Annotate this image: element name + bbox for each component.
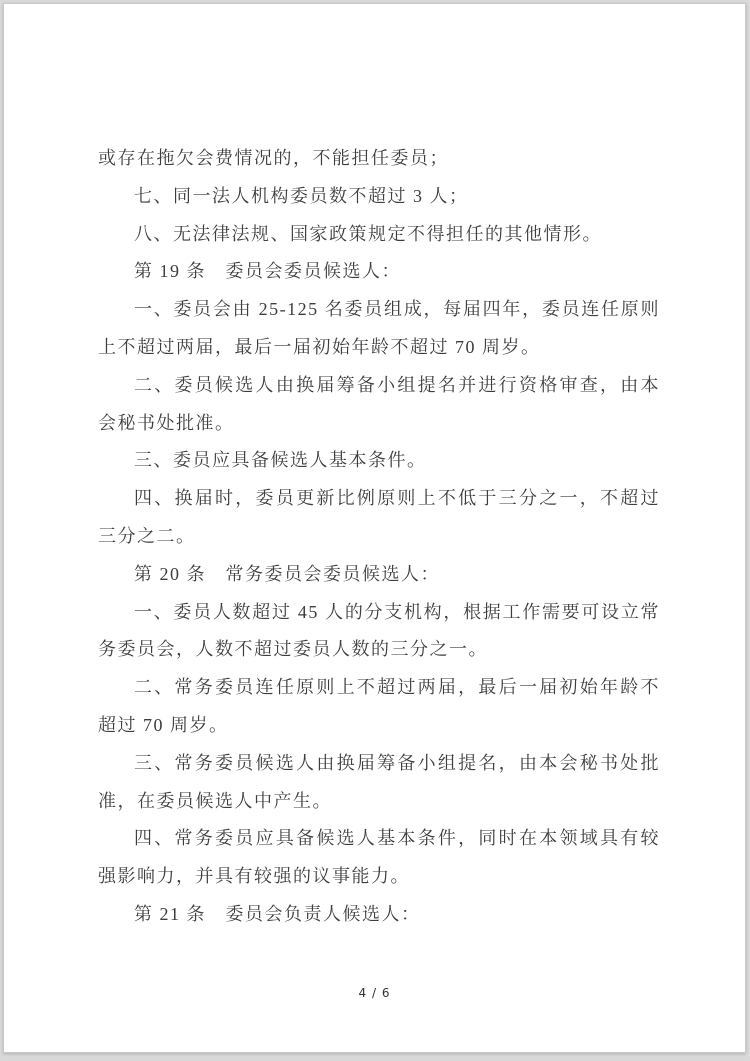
paragraph: 二、常务委员连任原则上不超过两届，最后一届初始年龄不超过 70 周岁。 xyxy=(98,669,660,745)
paragraph: 一、委员人数超过 45 人的分支机构，根据工作需要可设立常务委员会，人数不超过委… xyxy=(98,594,660,670)
paragraph: 一、委员会由 25-125 名委员组成，每届四年，委员连任原则上不超过两届，最后… xyxy=(98,291,660,367)
paragraph: 三、常务委员候选人由换届筹备小组提名，由本会秘书处批准，在委员候选人中产生。 xyxy=(98,745,660,821)
paragraph: 第 20 条 常务委员会委员候选人： xyxy=(98,556,660,594)
document-canvas: 或存在拖欠会费情况的，不能担任委员；七、同一法人机构委员数不超过 3 人；八、无… xyxy=(0,0,750,1061)
paragraph: 第 19 条 委员会委员候选人： xyxy=(98,253,660,291)
document-page: 或存在拖欠会费情况的，不能担任委员；七、同一法人机构委员数不超过 3 人；八、无… xyxy=(3,3,746,1053)
paragraph: 八、无法律法规、国家政策规定不得担任的其他情形。 xyxy=(98,216,660,254)
paragraph: 四、常务委员应具备候选人基本条件，同时在本领域具有较强影响力，并具有较强的议事能… xyxy=(98,820,660,896)
paragraph: 七、同一法人机构委员数不超过 3 人； xyxy=(98,178,660,216)
paragraph: 三、委员应具备候选人基本条件。 xyxy=(98,442,660,480)
paragraph: 二、委员候选人由换届筹备小组提名并进行资格审查，由本会秘书处批准。 xyxy=(98,367,660,443)
document-body: 或存在拖欠会费情况的，不能担任委员；七、同一法人机构委员数不超过 3 人；八、无… xyxy=(98,140,660,934)
paragraph: 四、换届时，委员更新比例原则上不低于三分之一，不超过三分之二。 xyxy=(98,480,660,556)
paragraph: 第 21 条 委员会负责人候选人： xyxy=(98,896,660,934)
paragraph: 或存在拖欠会费情况的，不能担任委员； xyxy=(98,140,660,178)
page-number: 4 / 6 xyxy=(4,986,745,1000)
